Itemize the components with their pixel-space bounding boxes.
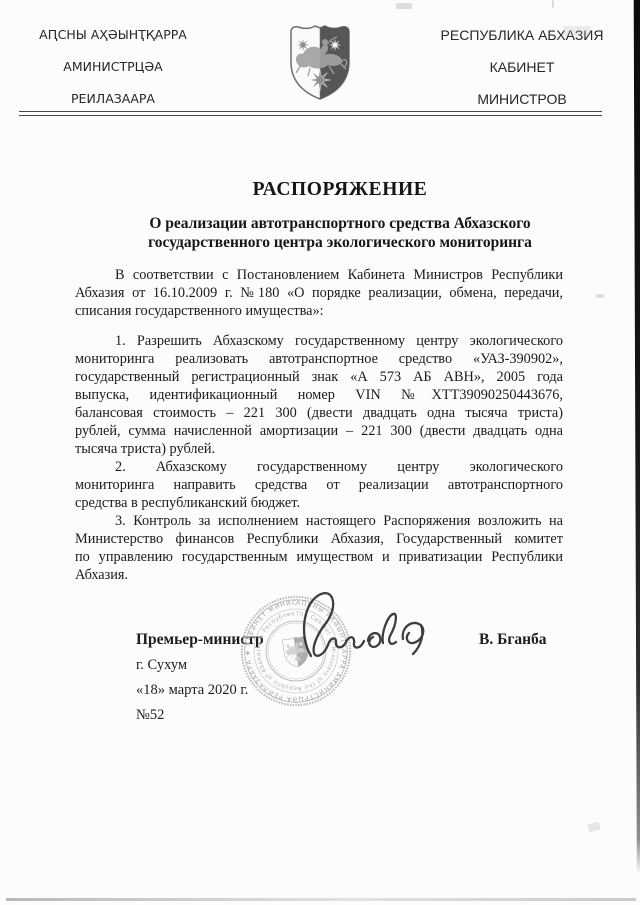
text-line: 3. Контроль за исполнением настоящего Ра… <box>75 512 563 530</box>
text-line: рублей, сумма начисленной амортизации – … <box>75 422 563 440</box>
document-page: АԤСНЫ АҲӘЫНҬҚАРРА АМИНИСТРЦӘА РЕИЛАЗААРА <box>0 0 640 905</box>
text-line: 2. Абхазскому государственному центру эк… <box>75 458 563 476</box>
scan-edge-artifact <box>633 0 640 874</box>
paragraph: 1. Разрешить Абхазскому государственному… <box>75 332 563 458</box>
coat-of-arms-icon <box>288 22 352 103</box>
handwritten-signature <box>295 590 445 668</box>
text-line: мониторинга направить средства от реализ… <box>75 476 563 494</box>
letterhead-abkhaz-line: АМИНИСТРЦӘА <box>28 51 198 83</box>
scan-bottom-shadow <box>6 898 636 901</box>
text-line: В соответствии с Постановлением Кабинета… <box>75 266 563 284</box>
text-line: балансовая стоимость – 221 300 (двести д… <box>75 404 563 422</box>
footer-city: г. Сухум <box>136 656 248 681</box>
double-rule <box>19 111 602 116</box>
footer-date: «18» марта 2020 г. <box>136 681 248 706</box>
footer-number: №52 <box>136 706 248 731</box>
text-line: Абхазия. <box>75 566 563 584</box>
text-line: списания государственного имущества»: <box>75 302 563 320</box>
text-line: государственный регистрационный знак «А … <box>75 368 563 386</box>
subtitle-line: О реализации автотранспортного средства … <box>95 214 585 233</box>
text-line: по управлению государственным имуществом… <box>75 548 563 566</box>
text-line: тысяча триста) рублей. <box>75 440 563 458</box>
subtitle-line: государственного центра экологического м… <box>95 233 585 252</box>
scan-smudge <box>563 26 591 36</box>
scan-smudge <box>587 822 601 833</box>
text-line: мониторинга реализовать автотранспортное… <box>75 350 563 368</box>
text-line: Абхазия от 16.10.2009 г. №180 «О порядке… <box>75 284 563 302</box>
document-subtitle: О реализации автотранспортного средства … <box>95 214 585 252</box>
document-footer: г. Сухум «18» марта 2020 г. №52 <box>136 656 248 731</box>
scan-smudge <box>552 0 554 8</box>
letterhead-russian-line: КАБИНЕТ <box>437 51 607 83</box>
text-line: выпуска, идентификационный номер VIN №ХТ… <box>75 386 563 404</box>
scan-smudge <box>596 294 604 298</box>
document-body: В соответствии с Постановлением Кабинета… <box>75 266 563 584</box>
signer-name: В. Бганба <box>479 631 547 649</box>
text-line: 1. Разрешить Абхазскому государственному… <box>75 332 563 350</box>
letterhead-abkhaz-line: АԤСНЫ АҲӘЫНҬҚАРРА <box>28 19 198 51</box>
paragraph: 3. Контроль за исполнением настоящего Ра… <box>75 512 563 584</box>
text-line: Министерство финансов Республики Абхазия… <box>75 530 563 548</box>
scan-smudge <box>396 3 412 9</box>
text-line: средства в республиканский бюджет. <box>75 494 563 512</box>
paragraph: В соответствии с Постановлением Кабинета… <box>75 266 563 320</box>
letterhead-abkhaz: АԤСНЫ АҲӘЫНҬҚАРРА АМИНИСТРЦӘА РЕИЛАЗААРА <box>28 19 198 115</box>
document-title: РАСПОРЯЖЕНИЕ <box>50 179 630 201</box>
paragraph: 2. Абхазскому государственному центру эк… <box>75 458 563 512</box>
